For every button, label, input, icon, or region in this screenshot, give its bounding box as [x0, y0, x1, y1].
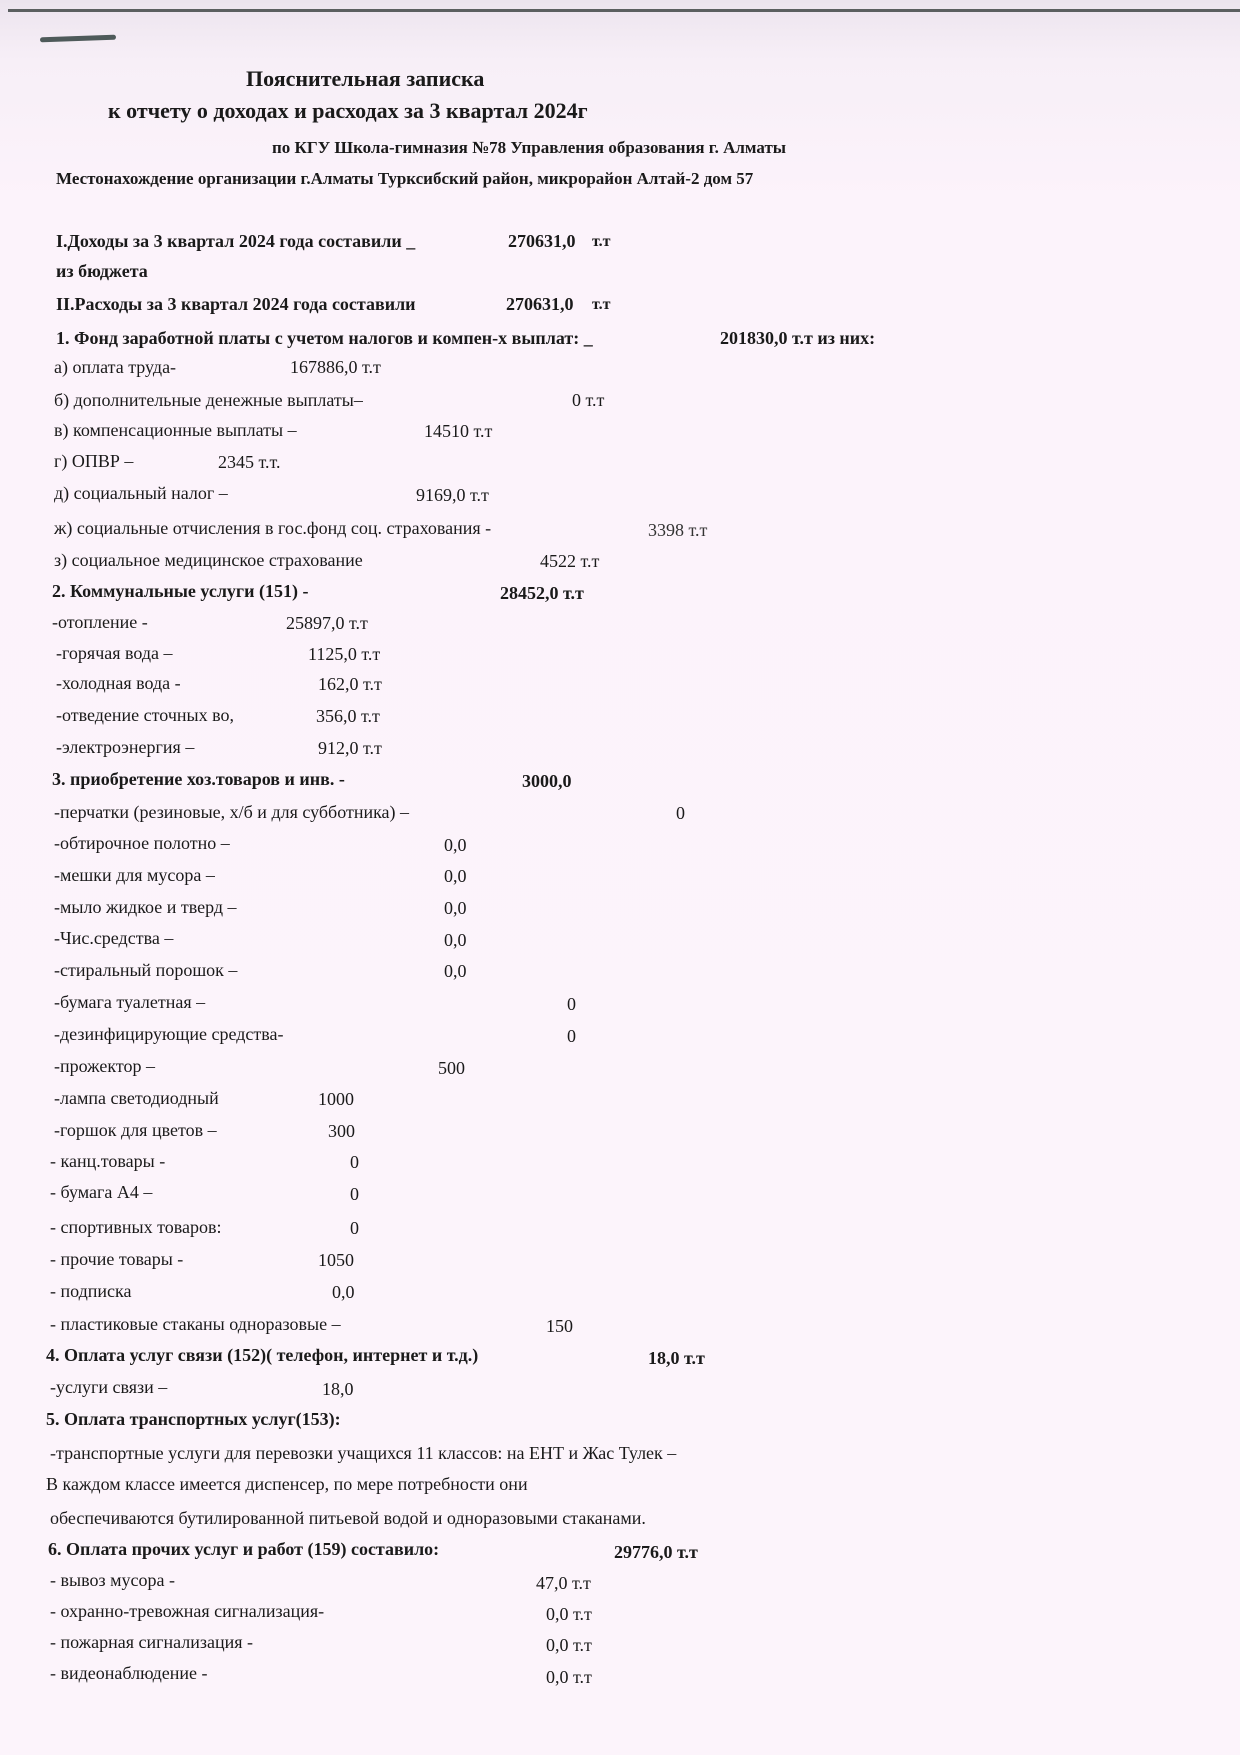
pen-mark: [40, 35, 116, 43]
payroll-item-label: б) дополнительные денежные выплаты–: [54, 389, 363, 411]
other-services-item-label: - пожарная сигнализация -: [50, 1631, 253, 1653]
supplies-item-value: 1000: [318, 1088, 354, 1110]
supplies-item-value: 0,0: [444, 960, 467, 982]
payroll-item-value: 167886,0 т.т: [290, 356, 381, 378]
supplies-item-label: -обтирочное полотно –: [54, 832, 230, 854]
utilities-item-label: -отведение сточных во,: [56, 704, 234, 726]
scanned-page: Пояснительная записка к отчету о доходах…: [0, 0, 1240, 1755]
supplies-item-value: 0: [350, 1217, 359, 1239]
supplies-item-value: 150: [546, 1315, 573, 1337]
payroll-item-value: 9169,0 т.т: [416, 484, 489, 506]
payroll-item-label: ж) социальные отчисления в гос.фонд соц.…: [54, 517, 491, 539]
payroll-item-label: г) ОПВР –: [54, 450, 133, 472]
supplies-item-value: 0,0: [444, 865, 467, 887]
payroll-item-value: 4522 т.т: [540, 550, 599, 572]
supplies-item-label: -перчатки (резиновые, х/б и для субботни…: [54, 801, 409, 823]
scan-edge-line: [8, 9, 1240, 12]
supplies-item-value: 0,0: [444, 834, 467, 856]
supplies-item-value: 0: [567, 993, 576, 1015]
payroll-title: 1. Фонд заработной платы с учетом налого…: [56, 327, 593, 349]
utilities-item-label: -электроэнергия –: [56, 736, 194, 758]
utilities-item-label: -горячая вода –: [56, 642, 173, 664]
supplies-item-label: - пластиковые стаканы одноразовые –: [50, 1313, 341, 1335]
other-services-item-value: 0,0 т.т: [546, 1603, 592, 1625]
supplies-item-value: 0,0: [444, 897, 467, 919]
transport-line: обеспечиваются бутилированной питьевой в…: [50, 1507, 646, 1529]
payroll-item-label: з) социальное медицинское страхование: [54, 549, 363, 571]
supplies-item-label: - подписка: [50, 1280, 131, 1302]
communications-item-label: -услуги связи –: [50, 1376, 167, 1398]
organization-location: Местонахождение организации г.Алматы Тур…: [56, 168, 753, 190]
supplies-item-label: -бумага туалетная –: [54, 991, 205, 1013]
supplies-item-value: 0: [567, 1025, 576, 1047]
supplies-item-label: -мешки для мусора –: [54, 864, 215, 886]
other-services-item-value: 0,0 т.т: [546, 1666, 592, 1688]
document-subtitle: к отчету о доходах и расходах за 3 кварт…: [108, 98, 588, 124]
supplies-item-value: 300: [328, 1120, 355, 1142]
supplies-title: 3. приобретение хоз.товаров и инв. -: [52, 768, 345, 790]
other-services-title: 6. Оплата прочих услуг и работ (159) сос…: [48, 1538, 439, 1560]
other-services-item-label: - вывоз мусора -: [50, 1569, 175, 1591]
supplies-item-value: 0,0: [332, 1281, 355, 1303]
expenses-unit: т.т: [592, 294, 611, 316]
utilities-item-label: -холодная вода -: [56, 672, 181, 694]
payroll-item-value: 2345 т.т.: [218, 451, 281, 473]
supplies-item-value: 0: [350, 1151, 359, 1173]
utilities-title: 2. Коммунальные услуги (151) -: [52, 580, 308, 602]
income-amount: 270631,0: [508, 230, 576, 252]
supplies-item-label: - прочие товары -: [50, 1248, 183, 1270]
utilities-item-label: -отопление -: [52, 611, 148, 633]
utilities-item-value: 912,0 т.т: [318, 737, 382, 759]
communications-total: 18,0 т.т: [648, 1347, 705, 1369]
communications-item-value: 18,0: [322, 1378, 354, 1400]
payroll-item-value: 14510 т.т: [424, 420, 492, 442]
payroll-item-label: в) компенсационные выплаты –: [54, 419, 297, 441]
payroll-item-value: 3398 т.т: [648, 519, 707, 541]
expenses-label: II.Расходы за 3 квартал 2024 года состав…: [56, 293, 416, 315]
payroll-item-value: 0 т.т: [572, 389, 604, 411]
communications-title: 4. Оплата услуг связи (152)( телефон, ин…: [46, 1344, 478, 1366]
supplies-item-value: 500: [438, 1057, 465, 1079]
transport-line: В каждом классе имеется диспенсер, по ме…: [46, 1473, 528, 1495]
expenses-amount: 270631,0: [506, 293, 574, 315]
utilities-total: 28452,0 т.т: [500, 582, 584, 604]
supplies-item-label: -Чис.средства –: [54, 927, 173, 949]
payroll-total: 201830,0 т.т из них:: [720, 327, 875, 349]
income-source: из бюджета: [56, 260, 148, 282]
supplies-item-label: - бумага А4 –: [50, 1181, 152, 1203]
supplies-item-value: 0,0: [444, 929, 467, 951]
supplies-item-label: -стиральный порошок –: [54, 959, 237, 981]
utilities-item-value: 1125,0 т.т: [308, 643, 380, 665]
supplies-item-value: 1050: [318, 1249, 354, 1271]
supplies-total: 3000,0: [522, 770, 572, 792]
supplies-item-label: -мыло жидкое и тверд –: [54, 896, 237, 918]
other-services-total: 29776,0 т.т: [614, 1541, 698, 1563]
income-label: I.Доходы за 3 квартал 2024 года составил…: [56, 230, 415, 252]
other-services-item-label: - охранно-тревожная сигнализация-: [50, 1600, 324, 1622]
payroll-item-label: д) социальный налог –: [54, 482, 228, 504]
supplies-item-label: -лампа светодиодный: [54, 1087, 219, 1109]
income-unit: т.т: [592, 231, 611, 253]
other-services-item-value: 47,0 т.т: [536, 1572, 591, 1594]
transport-title: 5. Оплата транспортных услуг(153):: [46, 1408, 341, 1430]
utilities-item-value: 25897,0 т.т: [286, 612, 368, 634]
supplies-item-label: - спортивных товаров:: [50, 1216, 221, 1238]
utilities-item-value: 162,0 т.т: [318, 673, 382, 695]
payroll-item-label: а) оплата труда-: [54, 356, 176, 378]
utilities-item-value: 356,0 т.т: [316, 705, 380, 727]
supplies-item-value: 0: [676, 802, 685, 824]
transport-line: -транспортные услуги для перевозки учащи…: [50, 1442, 676, 1464]
organization-name: по КГУ Школа-гимназия №78 Управления обр…: [272, 137, 786, 159]
supplies-item-label: -прожектор –: [54, 1055, 155, 1077]
document-title: Пояснительная записка: [246, 66, 484, 92]
other-services-item-value: 0,0 т.т: [546, 1634, 592, 1656]
supplies-item-label: -дезинфицирующие средства-: [54, 1023, 284, 1045]
supplies-item-label: - канц.товары -: [50, 1150, 165, 1172]
other-services-item-label: - видеонаблюдение -: [50, 1662, 208, 1684]
supplies-item-label: -горшок для цветов –: [54, 1119, 217, 1141]
supplies-item-value: 0: [350, 1183, 359, 1205]
